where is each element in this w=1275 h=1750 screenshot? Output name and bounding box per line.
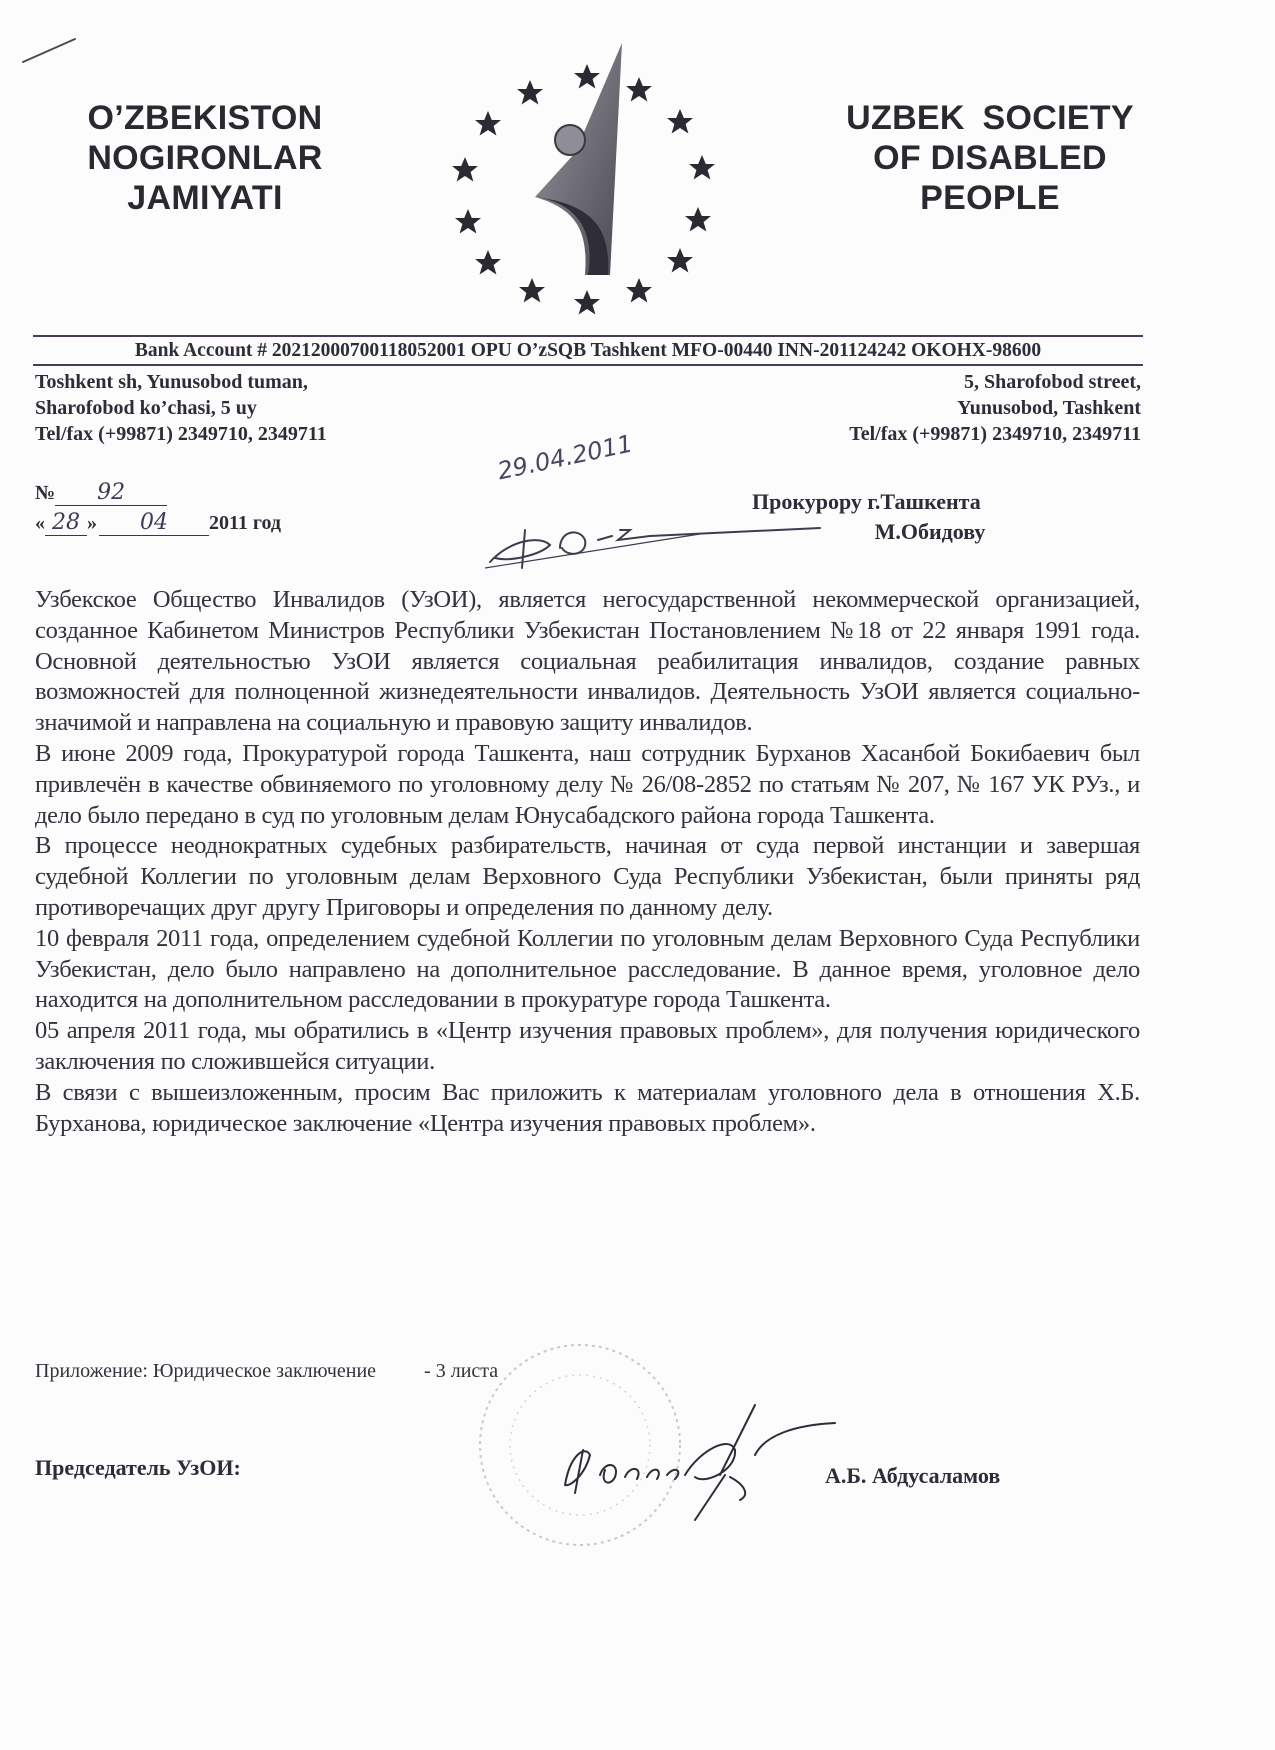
address-line: 5, Sharofobod street, bbox=[849, 369, 1141, 395]
body-paragraph: В связи с вышеизложенным, просим Вас при… bbox=[35, 1078, 1140, 1140]
reference-block: №92 «28»042011 год bbox=[35, 480, 281, 540]
date-close-quote: » bbox=[87, 512, 97, 534]
star-icon bbox=[452, 157, 478, 182]
reference-number-row: №92 bbox=[35, 480, 281, 510]
date-month: 04 bbox=[99, 510, 209, 536]
reference-date-row: «28»042011 год bbox=[35, 510, 281, 540]
address-line: Sharofobod ko’chasi, 5 uy bbox=[35, 395, 327, 421]
org-name-line: PEOPLE bbox=[790, 178, 1190, 218]
star-icon bbox=[667, 248, 693, 273]
handwritten-resolution-date: 29.04.2011 bbox=[495, 429, 635, 485]
org-name-line: OF DISABLED bbox=[790, 138, 1190, 178]
org-name-uzbek: O’ZBEKISTON NOGIRONLAR JAMIYATI bbox=[60, 98, 350, 218]
star-icon bbox=[626, 77, 652, 102]
address-english: 5, Sharofobod street, Yunusobod, Tashken… bbox=[849, 369, 1141, 447]
signer-name: А.Б. Абдусаламов bbox=[825, 1463, 1000, 1489]
letter-body: Узбекское Общество Инвалидов (УзОИ), явл… bbox=[35, 585, 1140, 1139]
header-divider-bottom bbox=[33, 364, 1143, 366]
recipient-block: Прокурору г.Ташкента М.Обидову bbox=[760, 487, 1100, 547]
date-day: 28 bbox=[45, 510, 87, 536]
pen-mark-decoration bbox=[20, 35, 80, 65]
star-icon bbox=[626, 278, 652, 303]
recipient-title: Прокурору г.Ташкента bbox=[752, 487, 1100, 517]
org-name-line: JAMIYATI bbox=[60, 178, 350, 218]
body-paragraph: В процессе неоднократных судебных разбир… bbox=[35, 831, 1140, 923]
org-name-line: UZBEK SOCIETY bbox=[790, 98, 1190, 138]
org-name-line: O’ZBEKISTON bbox=[60, 98, 350, 138]
star-icon bbox=[455, 209, 481, 234]
star-icon bbox=[574, 290, 600, 315]
bank-account-line: Bank Account # 20212000700118052001 OPU … bbox=[33, 338, 1143, 364]
star-icon bbox=[667, 109, 693, 134]
number-sign: № bbox=[35, 482, 55, 504]
address-line: Tel/fax (+99871) 2349710, 2349711 bbox=[849, 421, 1141, 447]
recipient-name: М.Обидову bbox=[760, 517, 1100, 547]
body-paragraph: 05 апреля 2011 года, мы обратились в «Це… bbox=[35, 1016, 1140, 1078]
star-icon bbox=[685, 207, 711, 232]
handwritten-signature bbox=[545, 1395, 845, 1525]
header-divider-top bbox=[33, 335, 1143, 337]
date-open-quote: « bbox=[35, 512, 45, 534]
reference-number-value: 92 bbox=[55, 480, 167, 506]
appendix-line: Приложение: Юридическое заключение- 3 ли… bbox=[35, 1360, 498, 1383]
org-name-english: UZBEK SOCIETY OF DISABLED PEOPLE bbox=[790, 98, 1190, 218]
address-line: Yunusobod, Tashkent bbox=[849, 395, 1141, 421]
organization-logo-icon bbox=[430, 35, 730, 320]
body-paragraph: В июне 2009 года, Прокуратурой города Та… bbox=[35, 739, 1140, 831]
address-line: Toshkent sh, Yunusobod tuman, bbox=[35, 369, 327, 395]
appendix-label: Приложение: Юридическое заключение bbox=[35, 1360, 376, 1382]
date-year: 2011 год bbox=[209, 512, 281, 534]
star-icon bbox=[519, 278, 545, 303]
address-line: Tel/fax (+99871) 2349710, 2349711 bbox=[35, 421, 327, 447]
star-icon bbox=[475, 111, 501, 136]
body-paragraph: Узбекское Общество Инвалидов (УзОИ), явл… bbox=[35, 585, 1140, 739]
star-icon bbox=[689, 155, 715, 180]
address-uzbek: Toshkent sh, Yunusobod tuman, Sharofobod… bbox=[35, 369, 327, 447]
body-paragraph: 10 февраля 2011 года, определением судеб… bbox=[35, 924, 1140, 1016]
star-icon bbox=[475, 250, 501, 275]
signer-title: Председатель УзОИ: bbox=[35, 1455, 241, 1481]
star-icon bbox=[517, 80, 543, 105]
star-icon bbox=[574, 64, 600, 89]
org-name-line: NOGIRONLAR bbox=[60, 138, 350, 178]
